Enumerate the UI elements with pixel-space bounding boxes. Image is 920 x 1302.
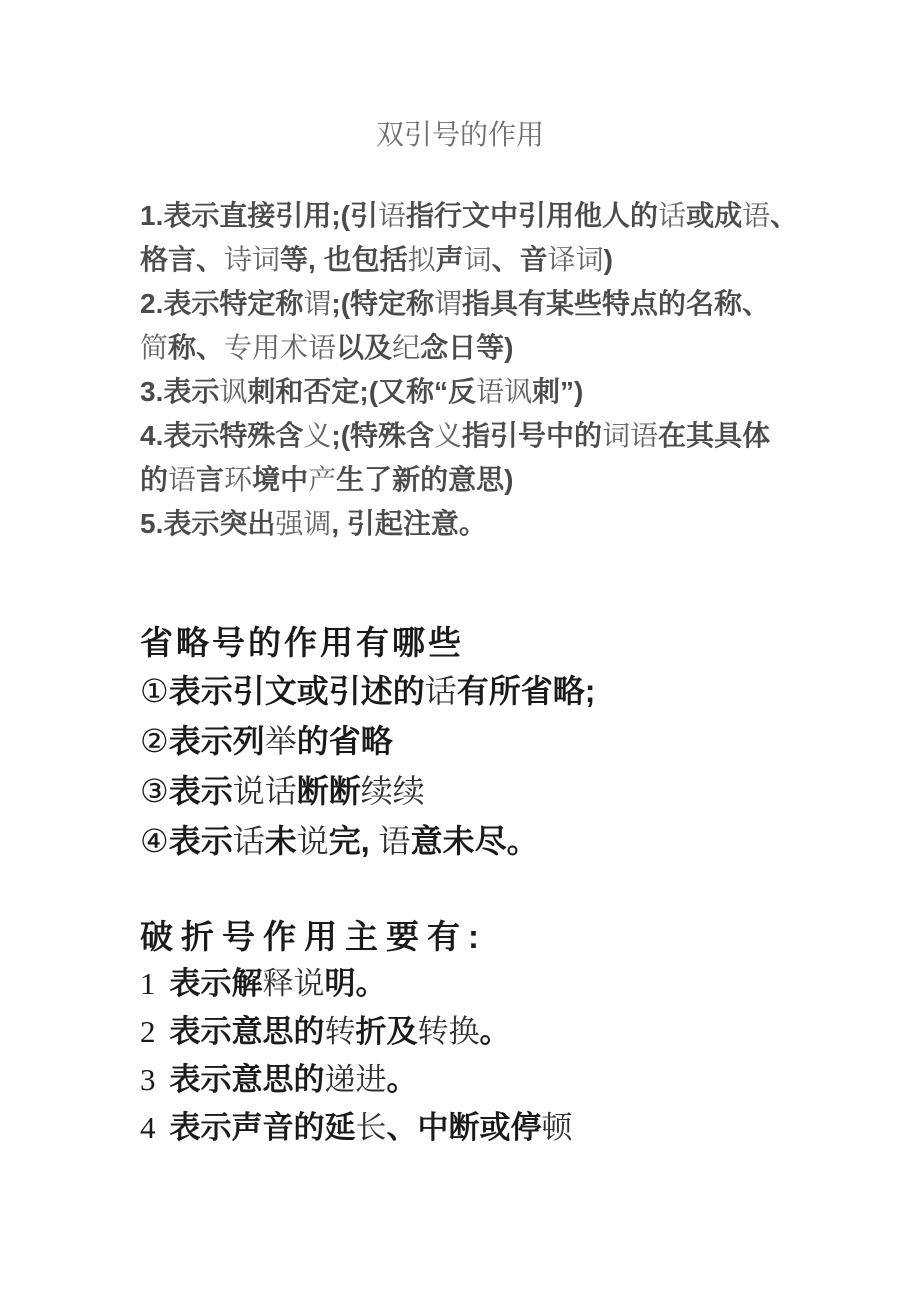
quote-usage-item-5: 5.表示突出强调, 引起注意。 [140, 502, 840, 546]
text-segment: 1 [140, 966, 156, 1001]
text-segment: 释说 [263, 966, 325, 1001]
quote-usage-item-1: 1.表示直接引用;(引语指行文中引用他人的话或成语、 格言、诗词等, 也包括拟声… [140, 194, 840, 282]
text-segment: 语 [742, 201, 770, 232]
text-segment: 顿 [542, 1110, 573, 1145]
text-segment: 谓 [434, 289, 462, 320]
text-segment: 话 [425, 673, 457, 709]
text-segment: 有所省略; [457, 673, 596, 709]
text-segment: 指行文中引用他人的 [406, 200, 658, 231]
text-segment: 简 [140, 333, 168, 364]
text-segment: 完, [329, 823, 379, 859]
dash-usage-item-1: 1表示解释说明。 [140, 960, 840, 1008]
text-segment: 词语 [602, 421, 658, 452]
text-segment: 语讽 [476, 377, 532, 408]
text-segment: 意未尽。 [411, 823, 539, 859]
text-segment: 3 [140, 1062, 156, 1097]
text-segment: 3.表示 [140, 376, 219, 407]
text-segment: 说话 [233, 773, 297, 809]
section-dash-usage: 破折号作用主要有: 1表示解释说明。 2表示意思的转折及转换。 3表示意思的递进… [140, 914, 840, 1152]
text-segment: 指具有某些特点的名称、 [462, 288, 770, 319]
text-segment: 表示列 [169, 723, 265, 759]
ellipsis-usage-item-1: ①表示引文或引述的话有所省略; [140, 666, 840, 716]
text-segment: 词 [464, 245, 492, 276]
text-segment: 义 [434, 421, 462, 452]
text-segment: 。 [480, 1014, 511, 1049]
dash-usage-item-3: 3表示意思的递进。 [140, 1056, 840, 1104]
text-segment: 纪 [392, 333, 420, 364]
text-segment: 说 [297, 823, 329, 859]
text-segment: 语 [168, 465, 196, 496]
ellipsis-usage-item-3: ③表示说话断断续续 [140, 766, 840, 816]
text-segment: ① [140, 673, 169, 709]
dash-usage-item-4: 4表示声音的延长、中断或停顿 [140, 1104, 840, 1152]
text-segment: 4 [140, 1110, 156, 1145]
text-segment: 5.表示突出 [140, 508, 275, 539]
text-segment: 转 [325, 1014, 356, 1049]
text-segment: ;(特殊含 [331, 420, 434, 451]
section-heading-ellipsis: 省略号的作用有哪些 [140, 620, 840, 666]
text-segment: 2.表示特定称 [140, 288, 303, 319]
text-segment: 话 [233, 823, 265, 859]
text-segment: 声 [436, 244, 464, 275]
document-page: 双引号的作用 1.表示直接引用;(引语指行文中引用他人的话或成语、 格言、诗词等… [0, 0, 920, 1302]
text-segment: 或成 [686, 200, 742, 231]
text-segment: 断断 [297, 773, 361, 809]
text-segment: ;(特定称 [331, 288, 434, 319]
document-title: 双引号的作用 [140, 0, 780, 155]
text-segment: 2 [140, 1014, 156, 1049]
section-ellipsis-usage: 省略号的作用有哪些 ①表示引文或引述的话有所省略; ②表示列举的省略 ③表示说话… [140, 620, 840, 866]
text-segment: 递进 [325, 1062, 387, 1097]
text-segment: 强调 [275, 509, 331, 540]
document-content: 双引号的作用 1.表示直接引用;(引语指行文中引用他人的话或成语、 格言、诗词等… [140, 0, 840, 1152]
text-segment: ) [604, 244, 613, 275]
text-segment: 长 [356, 1110, 387, 1145]
ellipsis-usage-item-4: ④表示话未说完, 语意未尽。 [140, 816, 840, 866]
quote-usage-item-2: 2.表示特定称谓;(特定称谓指具有某些特点的名称、 简称、专用术语以及纪念日等) [140, 282, 840, 370]
text-segment: 折及 [356, 1014, 418, 1049]
text-segment: 刺和否定;(又称“反 [247, 376, 476, 407]
text-segment: 表示意思的 [170, 1062, 325, 1097]
text-segment: 言 [196, 464, 224, 495]
text-segment: 语 [378, 201, 406, 232]
text-segment: 诗词 [224, 245, 280, 276]
text-segment: 4.表示特殊含 [140, 420, 303, 451]
text-segment: 专用术语 [224, 333, 336, 364]
text-segment: 明。 [325, 966, 387, 1001]
text-segment: 、中断或停 [387, 1110, 542, 1145]
text-segment: 等, 也包括 [280, 244, 408, 275]
text-segment: 、音 [492, 244, 548, 275]
text-segment: ③ [140, 773, 169, 809]
text-segment: 环 [224, 465, 252, 496]
quote-usage-item-4: 4.表示特殊含义;(特殊含义指引号中的词语在其具体 的语言环境中产生了新的意思) [140, 414, 840, 502]
text-segment: 表示意思的 [170, 1014, 325, 1049]
text-segment: 未 [265, 823, 297, 859]
text-segment: 念日等) [420, 332, 513, 363]
text-segment: 续续 [361, 773, 425, 809]
quote-usage-item-3: 3.表示讽刺和否定;(又称“反语讽刺”) [140, 370, 840, 414]
text-segment: 转换 [418, 1014, 480, 1049]
text-segment: 生了新的意思) [336, 464, 513, 495]
text-segment: 1.表示直接引用;(引 [140, 200, 378, 231]
ellipsis-usage-item-2: ②表示列举的省略 [140, 716, 840, 766]
text-segment: 的省略 [297, 723, 393, 759]
text-segment: 译词 [548, 245, 604, 276]
text-segment: 话 [658, 201, 686, 232]
text-segment: 表示引文或引述的 [169, 673, 425, 709]
section-heading-dash: 破折号作用主要有: [140, 914, 840, 960]
text-segment: 表示解 [170, 966, 263, 1001]
text-segment: 语 [379, 823, 411, 859]
text-segment: 产 [308, 465, 336, 496]
text-segment: 举 [265, 723, 297, 759]
text-segment: 称、 [168, 332, 224, 363]
text-segment: 指引号中的 [462, 420, 602, 451]
dash-usage-item-2: 2表示意思的转折及转换。 [140, 1008, 840, 1056]
document-body: { "document": { "title": "双引号的作用", "sect… [0, 0, 920, 1302]
section-double-quote-usage: 1.表示直接引用;(引语指行文中引用他人的话或成语、 格言、诗词等, 也包括拟声… [140, 194, 840, 546]
text-segment: 表示 [169, 773, 233, 809]
text-segment: 讽 [219, 377, 247, 408]
text-segment: 拟 [408, 245, 436, 276]
text-segment: 表示 [169, 823, 233, 859]
text-segment: 境中 [252, 464, 308, 495]
text-segment: 以及 [336, 332, 392, 363]
text-segment: 谓 [303, 289, 331, 320]
text-segment: 义 [303, 421, 331, 452]
text-segment: 表示声音的延 [170, 1110, 356, 1145]
text-segment: ② [140, 723, 169, 759]
text-segment: 刺”) [532, 376, 583, 407]
text-segment: , 引起注意。 [331, 508, 487, 539]
text-segment: ④ [140, 823, 169, 859]
text-segment: 。 [387, 1062, 418, 1097]
